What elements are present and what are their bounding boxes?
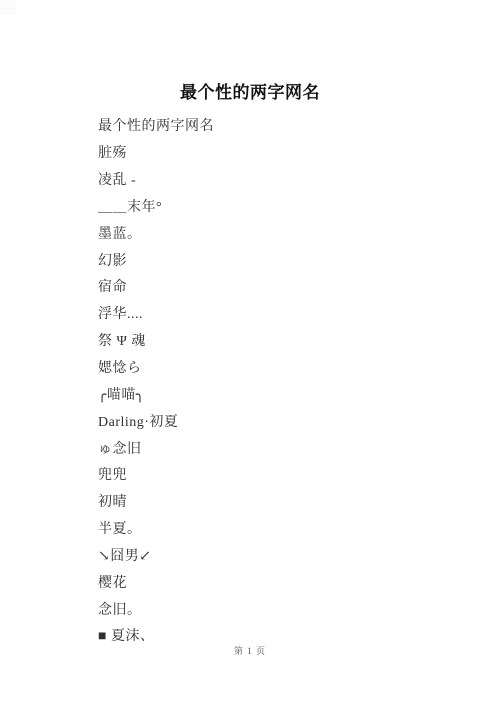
list-item: ゅ念旧 bbox=[98, 434, 460, 461]
list-item: ↘囧男↙ bbox=[98, 542, 460, 569]
corner-artifact bbox=[0, 0, 16, 15]
list-item: 初晴 bbox=[98, 488, 460, 515]
list-item: ＿＿末年° bbox=[98, 193, 460, 220]
page-title: 最个性的两字网名 bbox=[0, 83, 500, 103]
list-item: 樱花 bbox=[98, 568, 460, 595]
list-item: 宿命 bbox=[98, 273, 460, 300]
list-item: 浮华.... bbox=[98, 300, 460, 327]
name-list: 最个性的两字网名脏殇凌乱 -＿＿末年°墨蓝。幻影宿命浮华....祭 Ψ 魂媤惗ら… bbox=[98, 112, 460, 649]
list-item: ╭喵喵╮ bbox=[98, 380, 460, 407]
list-item: 兜兜 bbox=[98, 461, 460, 488]
list-item: 脏殇 bbox=[98, 139, 460, 166]
list-item: 祭 Ψ 魂 bbox=[98, 327, 460, 354]
list-item: Darling·初夏 bbox=[98, 407, 460, 434]
list-item: 墨蓝。 bbox=[98, 219, 460, 246]
list-item: 念旧。 bbox=[98, 595, 460, 622]
list-item: 最个性的两字网名 bbox=[98, 112, 460, 139]
page-number: 第 1 页 bbox=[0, 644, 500, 657]
list-item: 幻影 bbox=[98, 246, 460, 273]
list-item: 半夏。 bbox=[98, 515, 460, 542]
list-item: 凌乱 - bbox=[98, 166, 460, 193]
list-item: 媤惗ら bbox=[98, 354, 460, 381]
